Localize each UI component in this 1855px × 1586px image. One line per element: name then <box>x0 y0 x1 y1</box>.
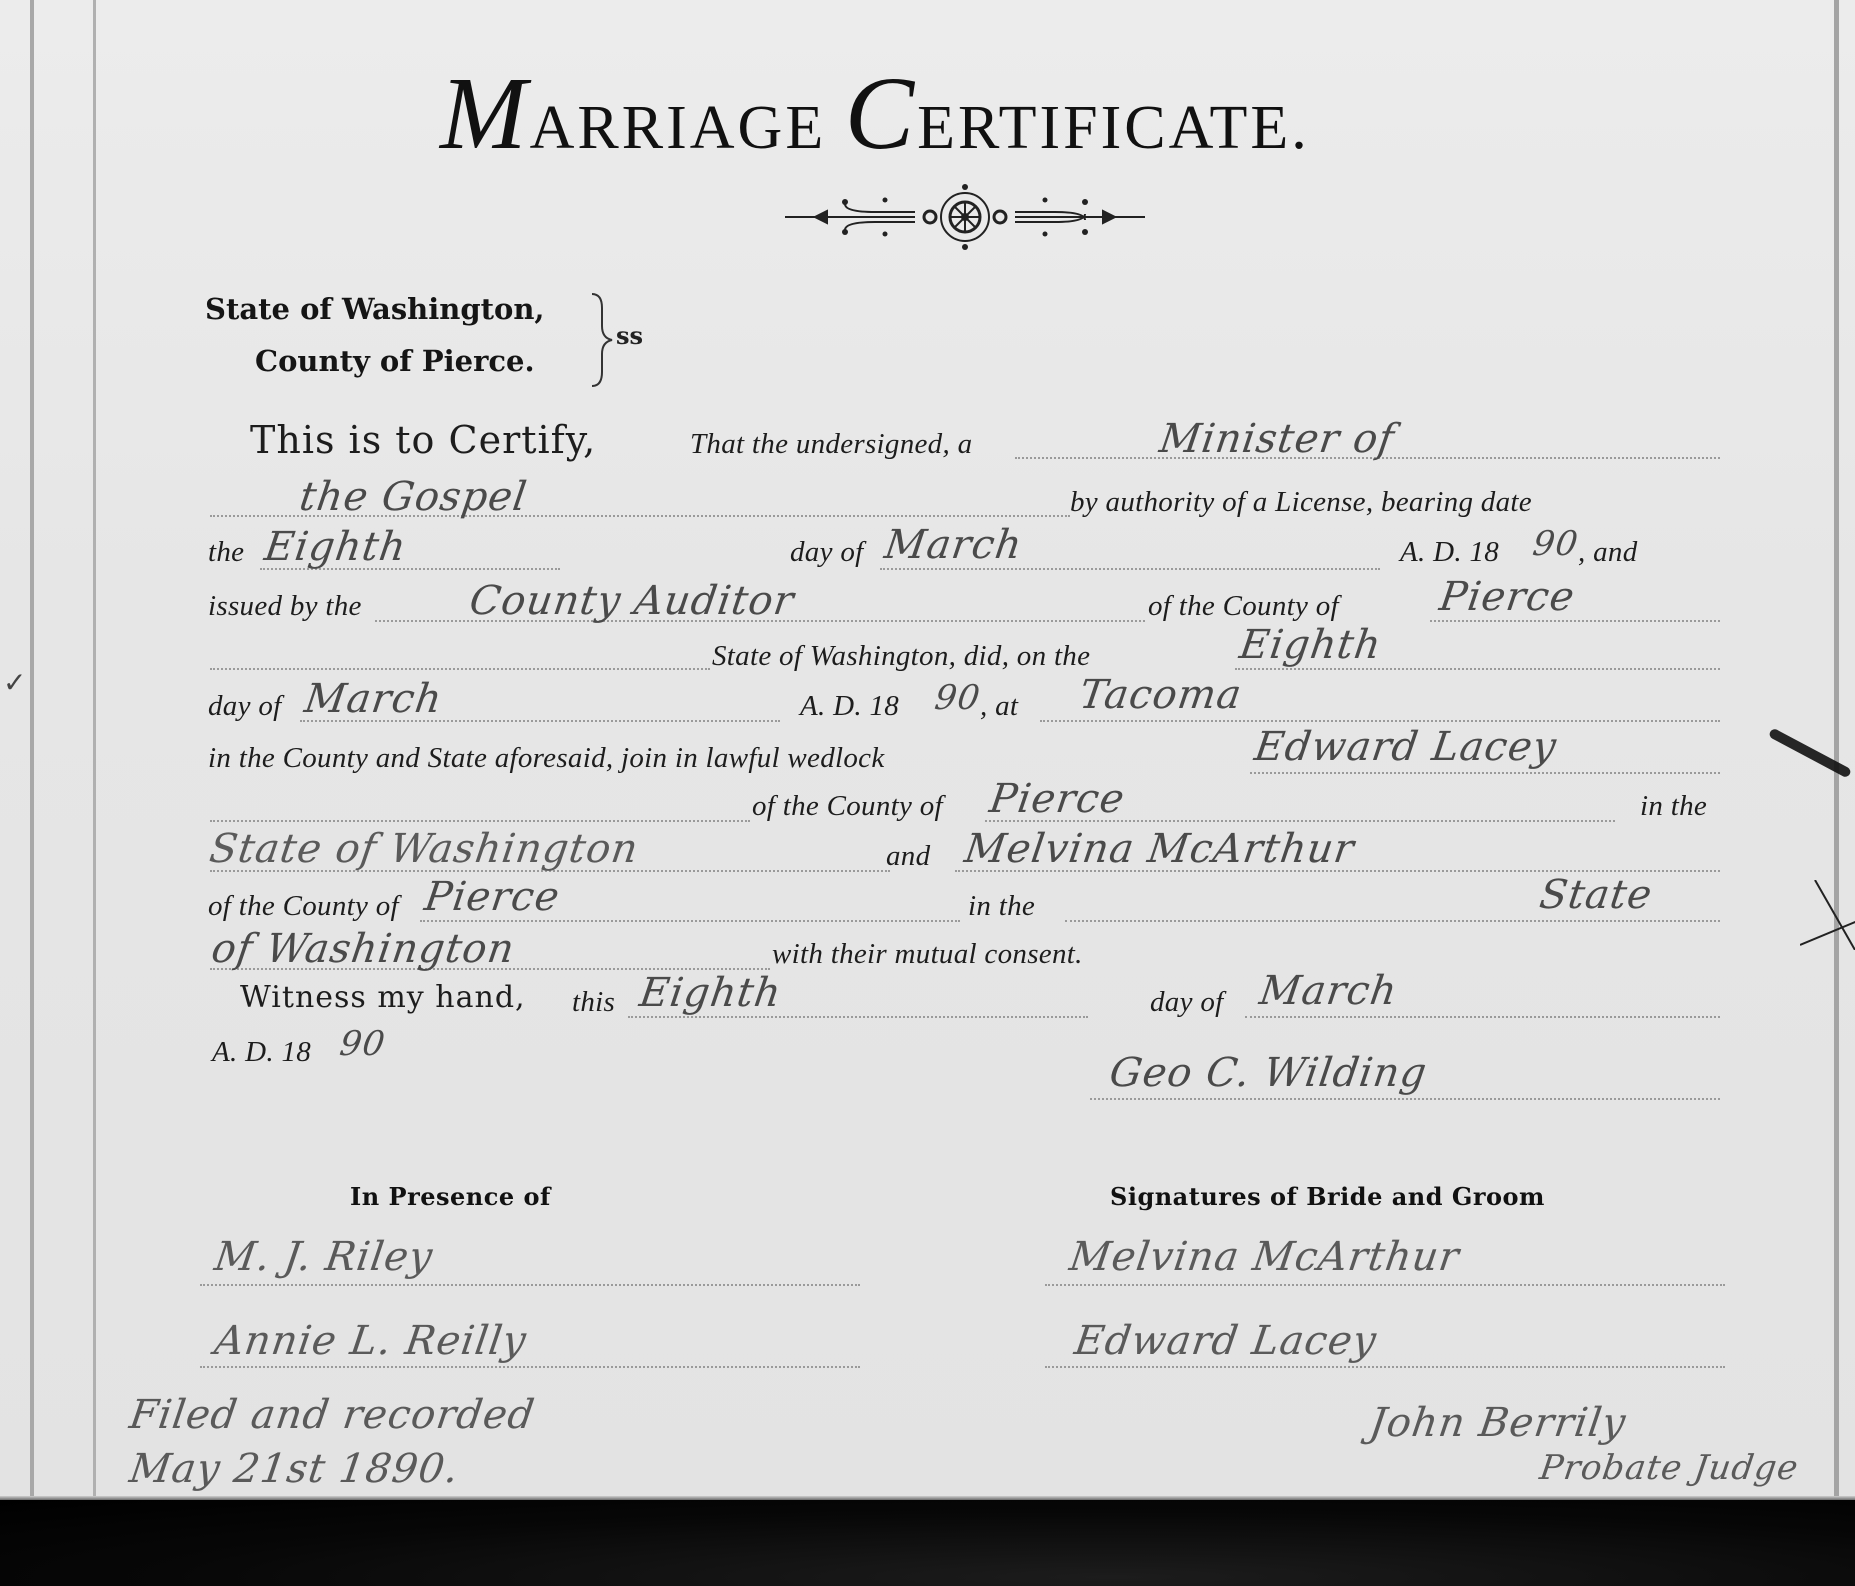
marriage-year-handwritten: 90 <box>932 678 983 718</box>
jurat: State of Washington, County of Pierce. <box>205 283 545 387</box>
line3-fill-b <box>880 568 1380 570</box>
line1-print: That the undersigned, a <box>690 428 972 461</box>
line4-fill-b <box>1430 620 1720 622</box>
bride-groom-heading: Signatures of Bride and Groom <box>1110 1182 1545 1211</box>
certificate-title: MARRIAGE CERTIFICATE. <box>440 62 1460 166</box>
witness-month-handwritten: March <box>1257 968 1401 1014</box>
bride-signature: Melvina McArthur <box>1067 1234 1463 1280</box>
line7-fill <box>1250 772 1720 774</box>
officiant-signature: Geo C. Wilding <box>1107 1050 1430 1096</box>
line5-fill-b <box>1235 668 1720 670</box>
witness-day-handwritten: Eighth <box>637 970 785 1016</box>
groom-name-handwritten: Edward Lacey <box>1252 724 1560 770</box>
probate-judge-signature: John Berrily <box>1367 1400 1629 1446</box>
line4-print-b: of the County of <box>1148 590 1339 623</box>
line10-fill-b <box>1065 920 1720 922</box>
bride-signature-line <box>1045 1284 1725 1286</box>
line3-print-d: , and <box>1578 536 1638 569</box>
probate-judge-title: Probate Judge <box>1537 1448 1801 1488</box>
license-day-handwritten: Eighth <box>262 524 410 570</box>
witness-fill-b <box>1245 1016 1720 1018</box>
line10-print-b: in the <box>968 890 1035 923</box>
line3-print-a: the <box>208 536 244 569</box>
bride-state-prefix-handwritten: State <box>1537 872 1656 918</box>
marriage-month-handwritten: March <box>302 676 446 722</box>
officiant-title-cont-handwritten: the Gospel <box>297 474 530 520</box>
title-initial-m: M <box>440 56 530 171</box>
marriage-day-handwritten: Eighth <box>1237 622 1385 668</box>
left-margin-rule <box>30 0 34 1500</box>
line9-print: and <box>886 840 930 873</box>
brace-icon <box>588 290 618 390</box>
certify-heading: This is to Certify, <box>250 418 596 462</box>
line10-print-a: of the County of <box>208 890 399 923</box>
jurat-state: State of Washington, <box>205 283 545 335</box>
filing-note-line1: Filed and recorded <box>127 1392 538 1438</box>
witness2-signature: Annie L. Reilly <box>212 1318 530 1364</box>
cross-mark-icon <box>1800 880 1855 950</box>
marriage-place-handwritten: Tacoma <box>1077 672 1245 718</box>
license-county-handwritten: Pierce <box>1437 574 1578 620</box>
flourish-ornament-icon <box>785 182 1145 252</box>
jurat-county: County of Pierce. <box>205 335 545 387</box>
line10-fill-a <box>420 920 960 922</box>
title-word-certificate: ERTIFICATE. <box>917 94 1310 162</box>
line3-print-c: A. D. 18 <box>1400 536 1499 569</box>
line2-print: by authority of a License, bearing date <box>1070 486 1532 519</box>
filing-note-line2: May 21st 1890. <box>127 1446 462 1492</box>
bride-county-handwritten: Pierce <box>422 874 563 920</box>
left-margin-rule-inner <box>93 0 96 1500</box>
line4-print-a: issued by the <box>208 590 362 623</box>
witnesses-heading: In Presence of <box>350 1182 551 1211</box>
title-word-marriage: ARRIAGE <box>530 94 827 162</box>
jurat-ss: ss <box>616 321 643 350</box>
witness-year-print: A. D. 18 <box>212 1036 311 1069</box>
line5-print: State of Washington, did, on the <box>712 640 1090 673</box>
line8-fill-a <box>210 820 750 822</box>
ink-smudge <box>1768 727 1852 778</box>
line8-print-a: of the County of <box>752 790 943 823</box>
line8-print-b: in the <box>1640 790 1707 823</box>
witness1-signature: M. J. Riley <box>212 1234 436 1280</box>
bride-name-handwritten: Melvina McArthur <box>962 826 1358 872</box>
officiant-title-handwritten: Minister of <box>1157 416 1398 462</box>
line6-print-b: A. D. 18 <box>800 690 899 723</box>
witness-print-b: day of <box>1150 986 1223 1019</box>
line5-fill-a <box>210 668 710 670</box>
line7-print: in the County and State aforesaid, join … <box>208 742 885 775</box>
license-year-handwritten: 90 <box>1530 524 1581 564</box>
license-issuer-handwritten: County Auditor <box>467 578 797 624</box>
groom-signature: Edward Lacey <box>1072 1318 1380 1364</box>
line6-print-a: day of <box>208 690 281 723</box>
witness-print-a: this <box>572 986 615 1019</box>
scan-background <box>0 1500 1855 1586</box>
title-initial-c: C <box>845 56 917 171</box>
witness-year-handwritten: 90 <box>337 1024 388 1064</box>
license-month-handwritten: March <box>882 522 1026 568</box>
groom-state-handwritten: State of Washington <box>207 826 642 872</box>
witness-heading: Witness my hand, <box>240 980 526 1015</box>
bride-state-handwritten: of Washington <box>209 926 518 972</box>
line6-print-c: , at <box>980 690 1018 723</box>
groom-county-handwritten: Pierce <box>987 776 1128 822</box>
right-margin-rule <box>1834 0 1839 1500</box>
witness-fill-a <box>628 1016 1088 1018</box>
margin-check-icon: ✓ <box>3 666 26 700</box>
groom-signature-line <box>1045 1366 1725 1368</box>
certificate-page: MARRIAGE CERTIFICATE. <box>0 0 1855 1500</box>
witness2-signature-line <box>200 1366 860 1368</box>
witness1-signature-line <box>200 1284 860 1286</box>
officiant-signature-line <box>1090 1098 1720 1100</box>
line11-print: with their mutual consent. <box>772 938 1083 971</box>
line3-print-b: day of <box>790 536 863 569</box>
line6-fill-c <box>1040 720 1720 722</box>
